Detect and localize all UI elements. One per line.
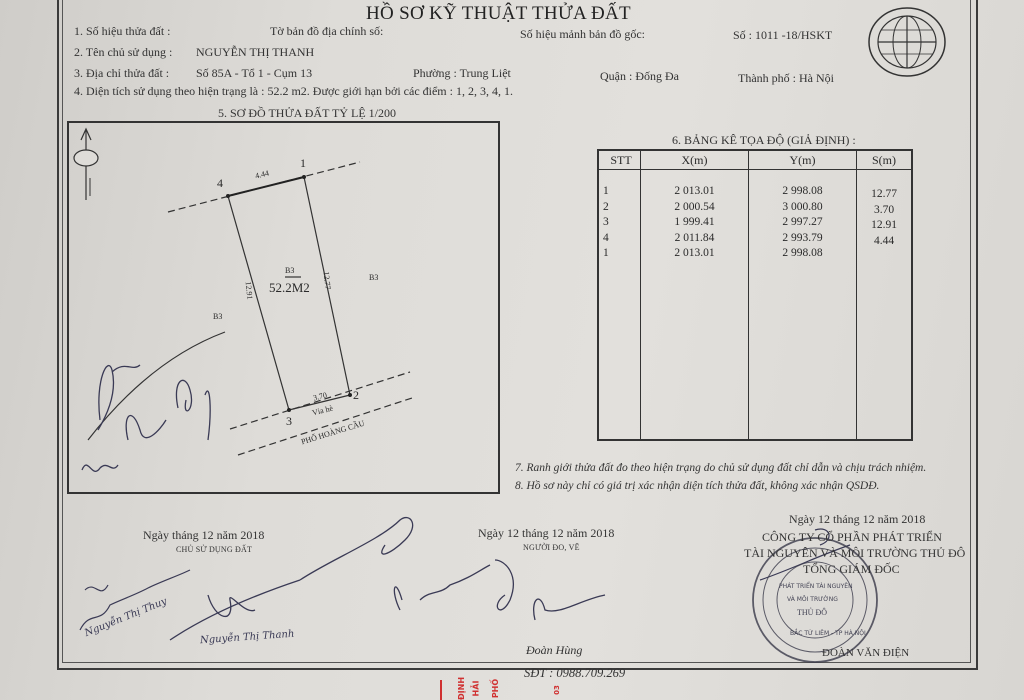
company-name-line2: TÀI NGUYÊN VÀ MÔI TRƯỜNG THỦ ĐÔ — [744, 546, 965, 561]
north-arrow-icon — [74, 129, 98, 200]
neighbor-label-left: B3 — [213, 312, 222, 321]
company-position: TỔNG GIÁM ĐỐC — [803, 562, 900, 577]
red-stamp-fragment-1: ĐỊNH — [457, 677, 466, 700]
seal-text-4: BẮC TỪ LIÊM - TP HÀ NỘI — [790, 630, 866, 637]
surveyor-sign-role: NGƯỜI ĐO, VẼ — [523, 543, 580, 552]
note-7: 7. Ranh giới thửa đất đo theo hiện trạng… — [515, 462, 926, 474]
edge-1-2-length: 12.77 — [322, 271, 333, 290]
seal-text-3: THỦ ĐÔ — [797, 608, 827, 617]
company-sign-date: Ngày 12 tháng 12 năm 2018 — [789, 512, 925, 527]
red-stamp-fragment-4: 03 — [553, 685, 561, 695]
red-stamp-border-icon — [440, 680, 448, 700]
red-stamp-fragment-2: HẢI — [471, 681, 480, 697]
stt-column: 1 2 3 4 1 — [599, 170, 641, 440]
header-x: X(m) — [641, 151, 749, 170]
note-8: 8. Hồ sơ này chỉ có giá trị xác nhận diệ… — [515, 480, 879, 492]
surveyor-name: Đoàn Hùng — [526, 643, 582, 658]
seal-text-2: VÀ MÔI TRƯỜNG — [787, 596, 838, 603]
parcel-code: B3 — [285, 266, 294, 275]
coord-table-title: 6. BẢNG KÊ TỌA ĐỘ (GIẢ ĐỊNH) : — [672, 133, 856, 148]
coord-table: STT X(m) Y(m) S(m) 1 2 3 4 1 2 01 — [597, 149, 913, 441]
point-4-label: 4 — [217, 176, 223, 191]
header-stt: STT — [599, 151, 641, 170]
neighbor-label-right: B3 — [369, 273, 378, 282]
point-2-label: 2 — [353, 388, 359, 403]
red-stamp-fragment-3: PHỐ — [491, 679, 500, 698]
edge-3-4-length: 12.91 — [244, 281, 255, 300]
x-column: 2 013.01 2 000.54 1 999.41 2 011.84 2 01… — [641, 170, 749, 440]
parcel-area: 52.2M2 — [269, 280, 310, 296]
owner-sign-role: CHỦ SỬ DỤNG ĐẤT — [176, 545, 252, 554]
point-1-label: 1 — [300, 156, 306, 171]
surveyor-sign-date: Ngày 12 tháng 12 năm 2018 — [478, 526, 614, 541]
seal-text-1: PHÁT TRIỂN TÀI NGUYÊN — [779, 583, 853, 590]
document-page: HỒ SƠ KỸ THUẬT THỬA ĐẤT 1. Số hiệu thửa … — [0, 0, 1024, 700]
header-y: Y(m) — [749, 151, 857, 170]
company-signer: ĐOÀN VĂN ĐIỆN — [822, 647, 909, 659]
company-name-line1: CÔNG TY CỔ PHẦN PHÁT TRIỂN — [762, 530, 942, 545]
s-column: 12.77 3.70 12.91 4.44 — [857, 170, 912, 440]
point-3-label: 3 — [286, 414, 292, 429]
surveyor-phone: SĐT : 0988.709.269 — [524, 666, 625, 681]
owner-sign-date: Ngày tháng 12 năm 2018 — [143, 528, 264, 543]
header-s: S(m) — [857, 151, 912, 170]
y-column: 2 998.08 3 000.80 2 997.27 2 993.79 2 99… — [749, 170, 857, 440]
